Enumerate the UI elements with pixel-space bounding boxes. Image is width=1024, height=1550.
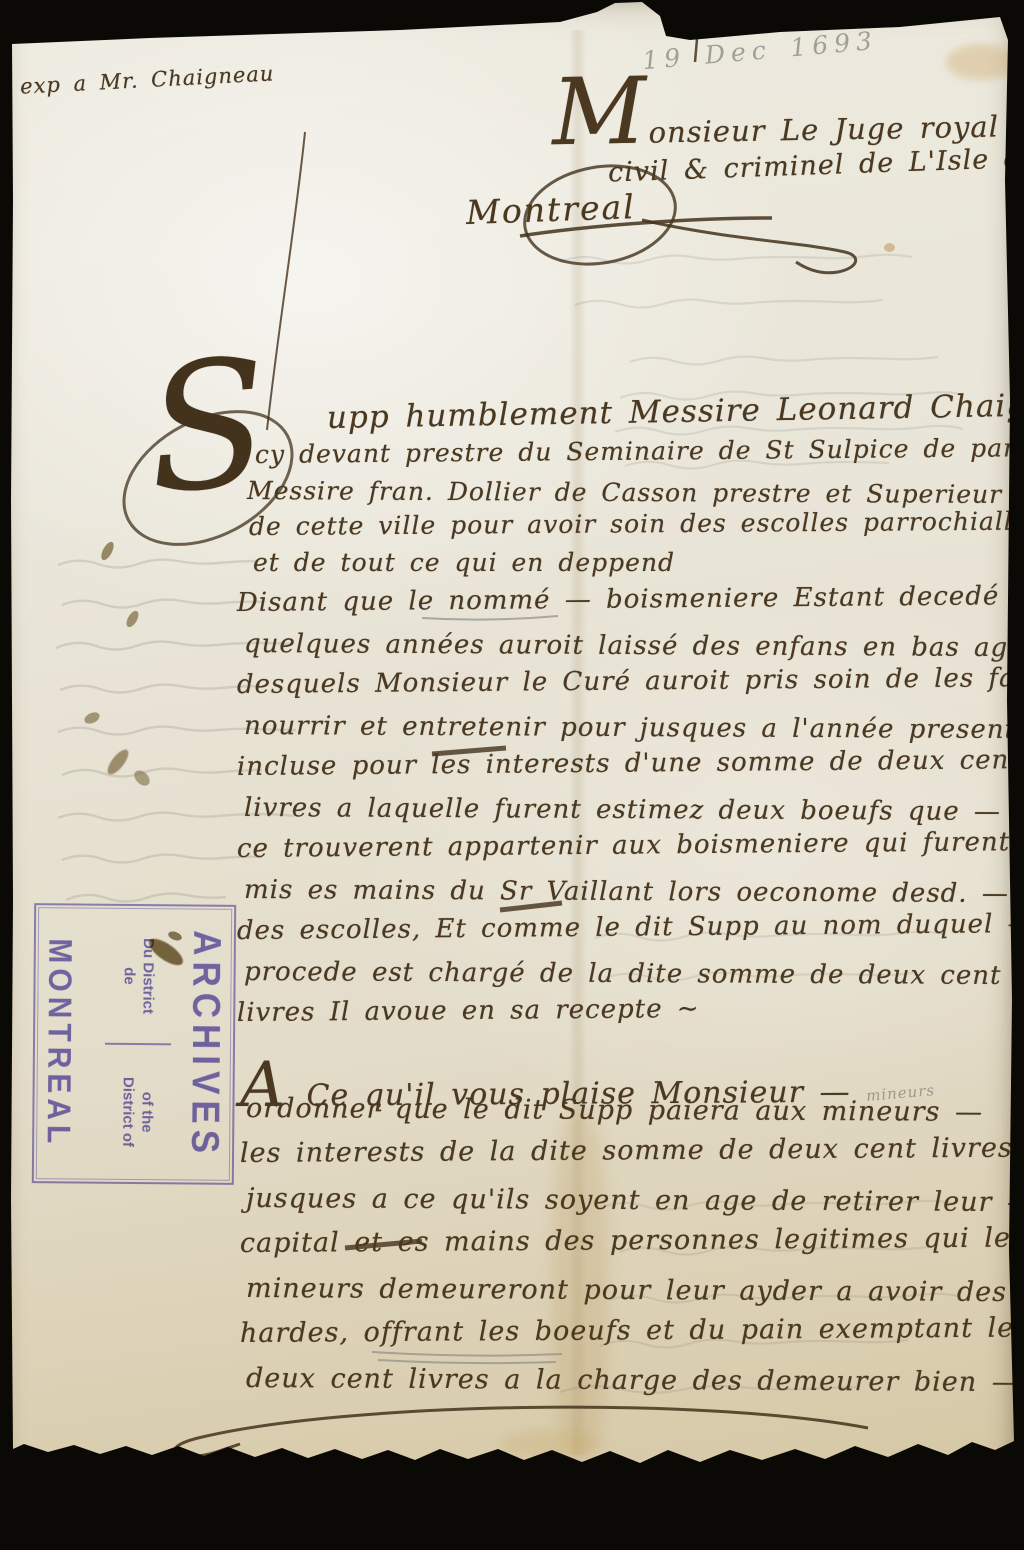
manuscript-line: deux cent livres a la charge des demeure… [246, 1363, 1024, 1412]
stamp-title: ARCHIVES [182, 904, 228, 1184]
manuscript-line: les interests de la dite somme de deux c… [240, 1132, 1024, 1183]
scanned-manuscript: exp a Mr. Chaigneau 19 Dec 1693 mineurs … [0, 0, 1024, 1550]
montreal-underline-flourish [642, 220, 856, 273]
archives-stamp: ARCHIVES Du District de of the District … [30, 902, 238, 1186]
stamp-text: Du District [138, 918, 159, 1034]
petition-opening-paragraph: upp humblement Messire Leonard Chaigneau… [245, 400, 1024, 584]
manuscript-line: desquels Monsieur le Curé auroit pris so… [237, 662, 1024, 711]
manuscript-line: ce trouverent appartenir aux boismeniere… [237, 826, 1024, 875]
manuscript-line: Disant que le nommé — boismeniere Estant… [237, 580, 1024, 629]
manuscript-line: capital et es mains des personnes legiti… [240, 1222, 1024, 1273]
stamp-text: de [119, 918, 140, 1034]
stamp-divider-line [105, 1043, 171, 1046]
stamp-city: MONTREAL [38, 903, 77, 1183]
stamp-french-text: Du District de [119, 918, 159, 1034]
petition-request-paragraph: A Ce qu'il vous plaise Monsieur —ordonne… [240, 1048, 1024, 1408]
manuscript-line: hardes, offrant les boeufs et du pain ex… [240, 1312, 1024, 1363]
manuscript-line: de cette ville pour avoir soin des escol… [249, 505, 1024, 548]
manuscript-line: livres Il avoue en sa recepte ~ [237, 990, 1024, 1039]
archives-stamp-face: ARCHIVES Du District de of the District … [32, 903, 236, 1185]
heading-line-3: Montreal [465, 187, 636, 232]
manuscript-line: incluse pour les interests d'une somme d… [237, 744, 1024, 793]
bottom-tick-mark [284, 1482, 294, 1487]
bottom-flourish [175, 1407, 868, 1456]
stamp-middle-row: Du District de of the District of [98, 918, 178, 1171]
annotation-slash [267, 132, 305, 430]
manuscript-line: et de tout ce qui en deppend [253, 548, 1024, 584]
stamp-text: District of [117, 1054, 138, 1170]
stamp-english-text: of the District of [117, 1054, 157, 1170]
petition-statement-paragraph: Disant que le nommé — boismeniere Estant… [237, 588, 1024, 1039]
stamp-text: of the [137, 1054, 158, 1170]
manuscript-paper: exp a Mr. Chaigneau 19 Dec 1693 mineurs … [0, 0, 1024, 1550]
manuscript-line: des escolles, Et comme le dit Supp au no… [237, 908, 1024, 957]
manuscript-line: A Ce qu'il vous plaise Monsieur — [240, 1042, 1024, 1093]
